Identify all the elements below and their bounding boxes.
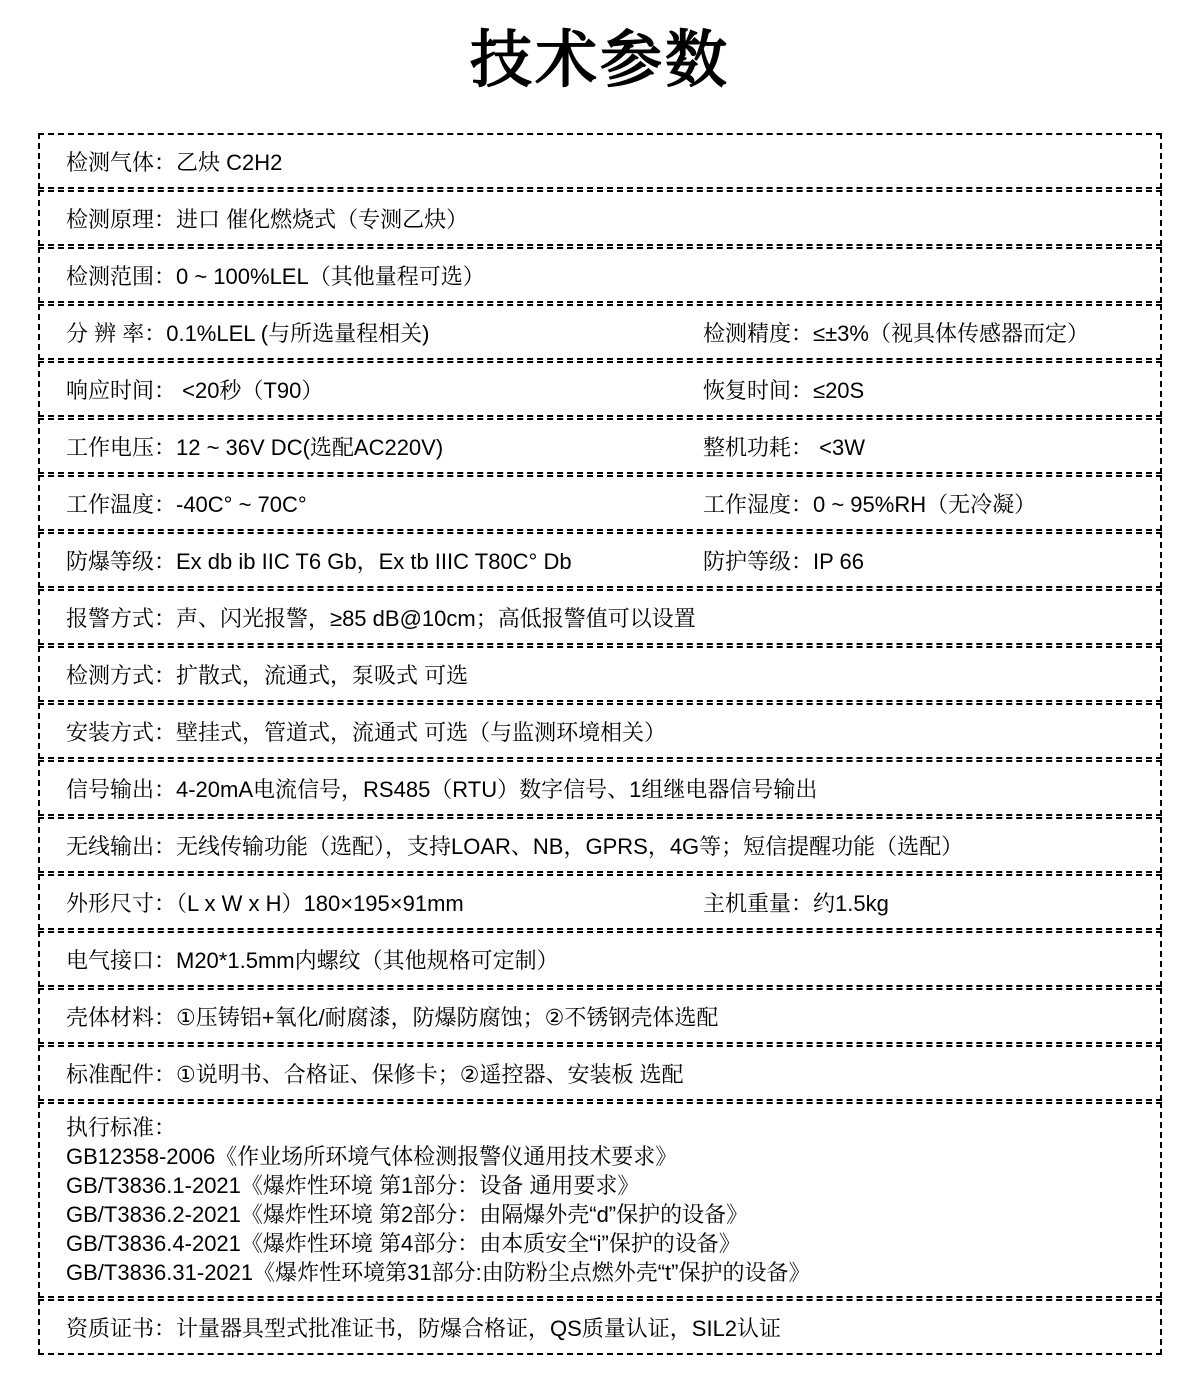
spec-line: GB/T3836.1-2021《爆炸性环境 第1部分：设备 通用要求》	[66, 1171, 1142, 1200]
spec-cell: 检测方式：扩散式，流通式，泵吸式 可选	[66, 659, 1142, 690]
spec-row: 信号输出：4-20mA电流信号，RS485（RTU）数字信号、1组继电器信号输出	[38, 760, 1162, 816]
spec-cell: 资质证书：计量器具型式批准证书，防爆合格证，QS质量认证，SIL2认证	[66, 1312, 1142, 1343]
spec-cell: 响应时间： <20秒（T90）	[66, 374, 703, 405]
spec-cell: 工作电压：12 ~ 36V DC(选配AC220V)	[66, 431, 703, 462]
spec-cell: 分 辨 率：0.1%LEL (与所选量程相关)	[66, 317, 703, 348]
spec-row: 外形尺寸：（L x W x H）180×195×91mm主机重量：约1.5kg	[38, 874, 1162, 930]
spec-cell: 防护等级：IP 66	[703, 545, 1142, 576]
spec-cell: 检测精度：≤±3%（视具体传感器而定）	[703, 317, 1142, 348]
spec-row: 无线输出：无线传输功能（选配），支持LOAR、NB，GPRS，4G等；短信提醒功…	[38, 817, 1162, 873]
spec-row: 电气接口：M20*1.5mm内螺纹（其他规格可定制）	[38, 931, 1162, 987]
spec-row: 安装方式：壁挂式，管道式，流通式 可选（与监测环境相关）	[38, 703, 1162, 759]
spec-row: 分 辨 率：0.1%LEL (与所选量程相关)检测精度：≤±3%（视具体传感器而…	[38, 304, 1162, 360]
spec-cell: 检测气体：乙炔 C2H2	[66, 146, 1142, 177]
spec-row: 壳体材料：①压铸铝+氧化/耐腐漆，防爆防腐蚀；②不锈钢壳体选配	[38, 988, 1162, 1044]
spec-cell: 整机功耗： <3W	[703, 431, 1142, 462]
spec-line: GB/T3836.4-2021《爆炸性环境 第4部分：由本质安全“i”保护的设备…	[66, 1229, 1142, 1258]
spec-line: GB/T3836.2-2021《爆炸性环境 第2部分：由隔爆外壳“d”保护的设备…	[66, 1200, 1142, 1229]
spec-cell: 检测范围：0 ~ 100%LEL（其他量程可选）	[66, 260, 1142, 291]
spec-cell: 标准配件：①说明书、合格证、保修卡；②遥控器、安装板 选配	[66, 1058, 1142, 1089]
spec-cell: 防爆等级：Ex db ib IIC T6 Gb，Ex tb IIIC T80C°…	[66, 545, 703, 576]
spec-row: 检测范围：0 ~ 100%LEL（其他量程可选）	[38, 247, 1162, 303]
spec-row: 标准配件：①说明书、合格证、保修卡；②遥控器、安装板 选配	[38, 1045, 1162, 1101]
spec-row: 检测原理：进口 催化燃烧式（专测乙炔）	[38, 190, 1162, 246]
spec-cell: 信号输出：4-20mA电流信号，RS485（RTU）数字信号、1组继电器信号输出	[66, 773, 1142, 804]
spec-cell: 主机重量：约1.5kg	[703, 887, 1142, 918]
spec-cell: 恢复时间：≤20S	[703, 374, 1142, 405]
spec-cell: 报警方式：声、闪光报警，≥85 dB@10cm；高低报警值可以设置	[66, 602, 1142, 633]
spec-row: 执行标准：GB12358-2006《作业场所环境气体检测报警仪通用技术要求》GB…	[38, 1102, 1162, 1298]
spec-cell: 工作湿度：0 ~ 95%RH（无冷凝）	[703, 488, 1142, 519]
page-title: 技术参数	[0, 26, 1200, 95]
spec-row: 检测方式：扩散式，流通式，泵吸式 可选	[38, 646, 1162, 702]
spec-cell: 外形尺寸：（L x W x H）180×195×91mm	[66, 887, 703, 918]
spec-line: GB/T3836.31-2021《爆炸性环境第31部分:由防粉尘点燃外壳“t”保…	[66, 1258, 1142, 1287]
spec-row: 防爆等级：Ex db ib IIC T6 Gb，Ex tb IIIC T80C°…	[38, 532, 1162, 588]
spec-cell: 无线输出：无线传输功能（选配），支持LOAR、NB，GPRS，4G等；短信提醒功…	[66, 830, 1142, 861]
spec-cell: 检测原理：进口 催化燃烧式（专测乙炔）	[66, 203, 1142, 234]
spec-row: 检测气体：乙炔 C2H2	[38, 133, 1162, 189]
spec-line: GB12358-2006《作业场所环境气体检测报警仪通用技术要求》	[66, 1142, 1142, 1171]
spec-cell: 壳体材料：①压铸铝+氧化/耐腐漆，防爆防腐蚀；②不锈钢壳体选配	[66, 1001, 1142, 1032]
spec-line: 执行标准：	[66, 1113, 1142, 1142]
spec-row: 工作温度：-40C° ~ 70C°工作湿度：0 ~ 95%RH（无冷凝）	[38, 475, 1162, 531]
spec-row: 资质证书：计量器具型式批准证书，防爆合格证，QS质量认证，SIL2认证	[38, 1299, 1162, 1355]
spec-cell: 工作温度：-40C° ~ 70C°	[66, 488, 703, 519]
spec-row: 响应时间： <20秒（T90）恢复时间：≤20S	[38, 361, 1162, 417]
spec-cell: 电气接口：M20*1.5mm内螺纹（其他规格可定制）	[66, 944, 1142, 975]
spec-cell: 安装方式：壁挂式，管道式，流通式 可选（与监测环境相关）	[66, 716, 1142, 747]
spec-table: 检测气体：乙炔 C2H2检测原理：进口 催化燃烧式（专测乙炔）检测范围：0 ~ …	[38, 133, 1162, 1355]
spec-row: 报警方式：声、闪光报警，≥85 dB@10cm；高低报警值可以设置	[38, 589, 1162, 645]
spec-row: 工作电压：12 ~ 36V DC(选配AC220V)整机功耗： <3W	[38, 418, 1162, 474]
